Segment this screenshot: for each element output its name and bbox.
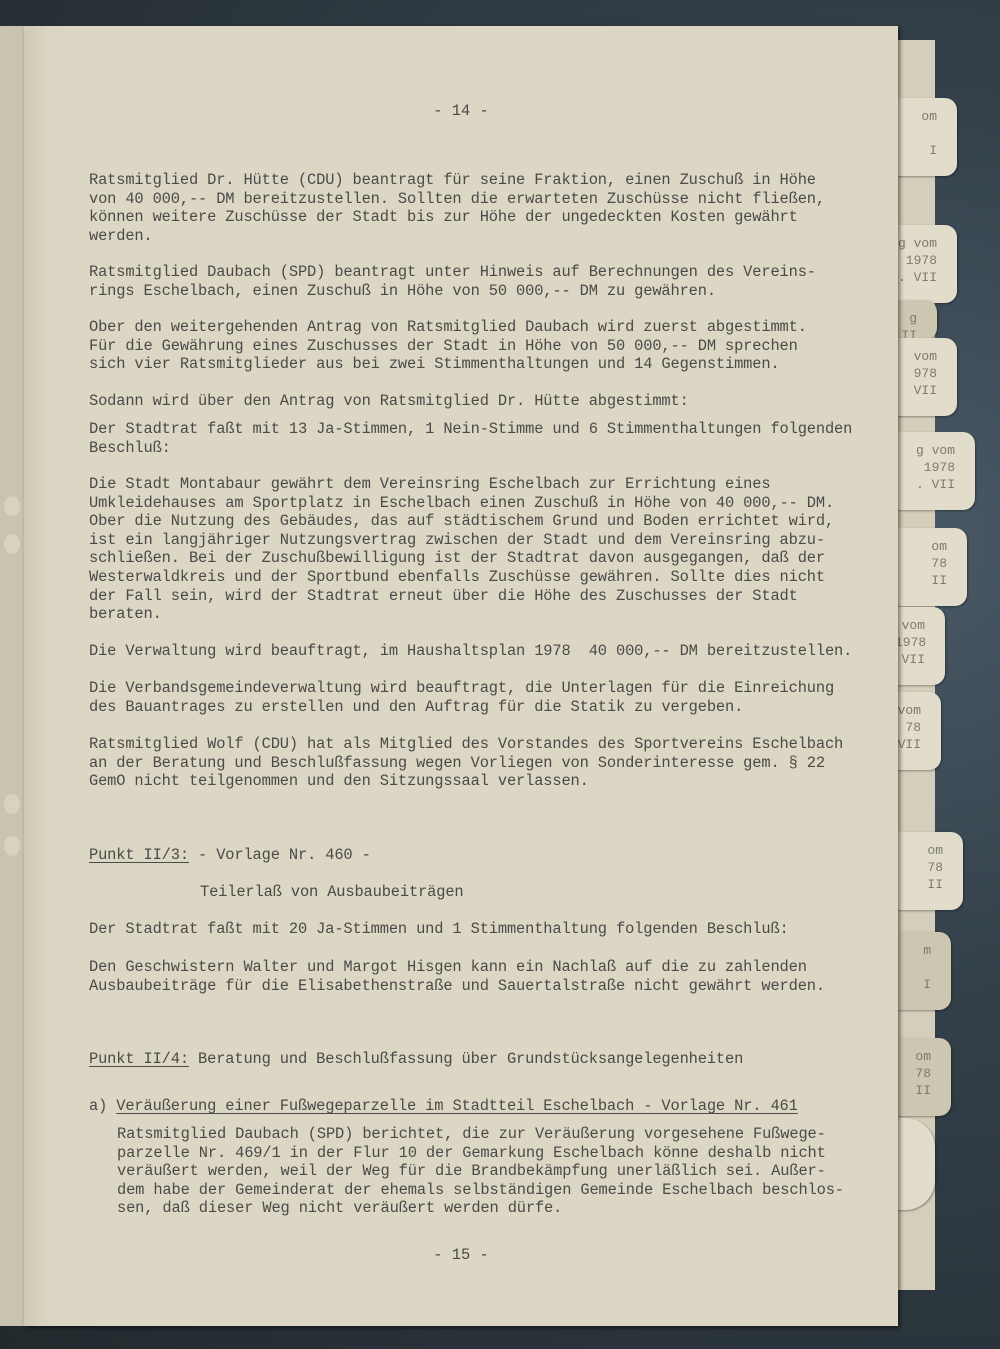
paragraph-daubach-motion: Ratsmitglied Daubach (SPD) beantragt unt…	[89, 263, 816, 300]
page-gutter	[24, 26, 52, 1326]
document-page: - 14 - Ratsmitglied Dr. Hütte (CDU) bean…	[24, 26, 898, 1326]
divider-tab[interactable]: vom 78 VII	[895, 692, 941, 770]
left-facing-page	[0, 26, 25, 1326]
section-label-ii4: Punkt II/4:	[89, 1050, 189, 1068]
paragraph-resolution: Die Stadt Montabaur gewährt dem Vereinsr…	[89, 475, 834, 624]
divider-tab[interactable]: vom 978 VII	[895, 338, 957, 416]
paragraph-resolution-intro: Der Stadtrat faßt mit 13 Ja-Stimmen, 1 N…	[89, 420, 852, 457]
page-number-bottom: - 15 -	[24, 1246, 898, 1264]
binder-hole-ring	[4, 496, 20, 516]
section-label-ii3: Punkt II/3:	[89, 846, 189, 864]
section-heading-ii3-rest: - Vorlage Nr. 460 -	[189, 846, 371, 864]
section-heading-ii3: Punkt II/3: - Vorlage Nr. 460 -	[89, 846, 371, 865]
section-heading-ii4: Punkt II/4: Beratung und Beschlußfassung…	[89, 1050, 743, 1069]
paragraph-building-permit: Die Verbandsgemeindeverwaltung wird beau…	[89, 679, 834, 716]
paragraph-wolf-abstain: Ratsmitglied Wolf (CDU) hat als Mitglied…	[89, 735, 843, 791]
divider-tab[interactable]: om 78 II	[895, 528, 967, 606]
item-a-marker: a)	[89, 1097, 116, 1115]
divider-tab[interactable]: om 78 II	[895, 832, 963, 910]
binder-hole-ring	[4, 534, 20, 554]
section-subtitle-ii3: Teilerlaß von Ausbaubeiträgen	[200, 883, 464, 902]
divider-tab[interactable]: m I	[895, 932, 951, 1010]
paragraph-huette-motion: Ratsmitglied Dr. Hütte (CDU) beantragt f…	[89, 171, 825, 245]
binder-hole-ring	[4, 836, 20, 856]
section-heading-ii4-rest: Beratung und Beschlußfassung über Grunds…	[189, 1050, 743, 1068]
divider-tab[interactable]: g vom 1978 . VII	[895, 432, 975, 510]
paragraph-first-vote: Ober den weitergehenden Antrag von Ratsm…	[89, 318, 807, 374]
divider-tab[interactable]: vom 1978 VII	[895, 607, 945, 685]
divider-tab[interactable]: g II	[895, 300, 937, 340]
item-a-heading: a) Veräußerung einer Fußwegeparzelle im …	[89, 1097, 798, 1116]
paragraph-second-vote: Sodann wird über den Antrag von Ratsmitg…	[89, 392, 689, 411]
section-ii3-resolution: Der Stadtrat faßt mit 20 Ja-Stimmen und …	[89, 920, 789, 939]
divider-tab[interactable]: g vom 1978 . VII	[895, 225, 957, 303]
divider-tab[interactable]: om 78 II	[895, 1038, 951, 1116]
divider-tab-blank[interactable]	[895, 1118, 935, 1210]
paragraph-budget: Die Verwaltung wird beauftragt, im Haush…	[89, 642, 852, 661]
divider-tab[interactable]: om I	[895, 98, 957, 176]
page-number-top: - 14 -	[24, 102, 898, 120]
item-a-body: Ratsmitglied Daubach (SPD) berichtet, di…	[117, 1125, 844, 1218]
section-ii3-decision: Den Geschwistern Walter und Margot Hisge…	[89, 958, 825, 995]
binder-hole-ring	[4, 794, 20, 814]
item-a-title: Veräußerung einer Fußwegeparzelle im Sta…	[116, 1097, 797, 1115]
